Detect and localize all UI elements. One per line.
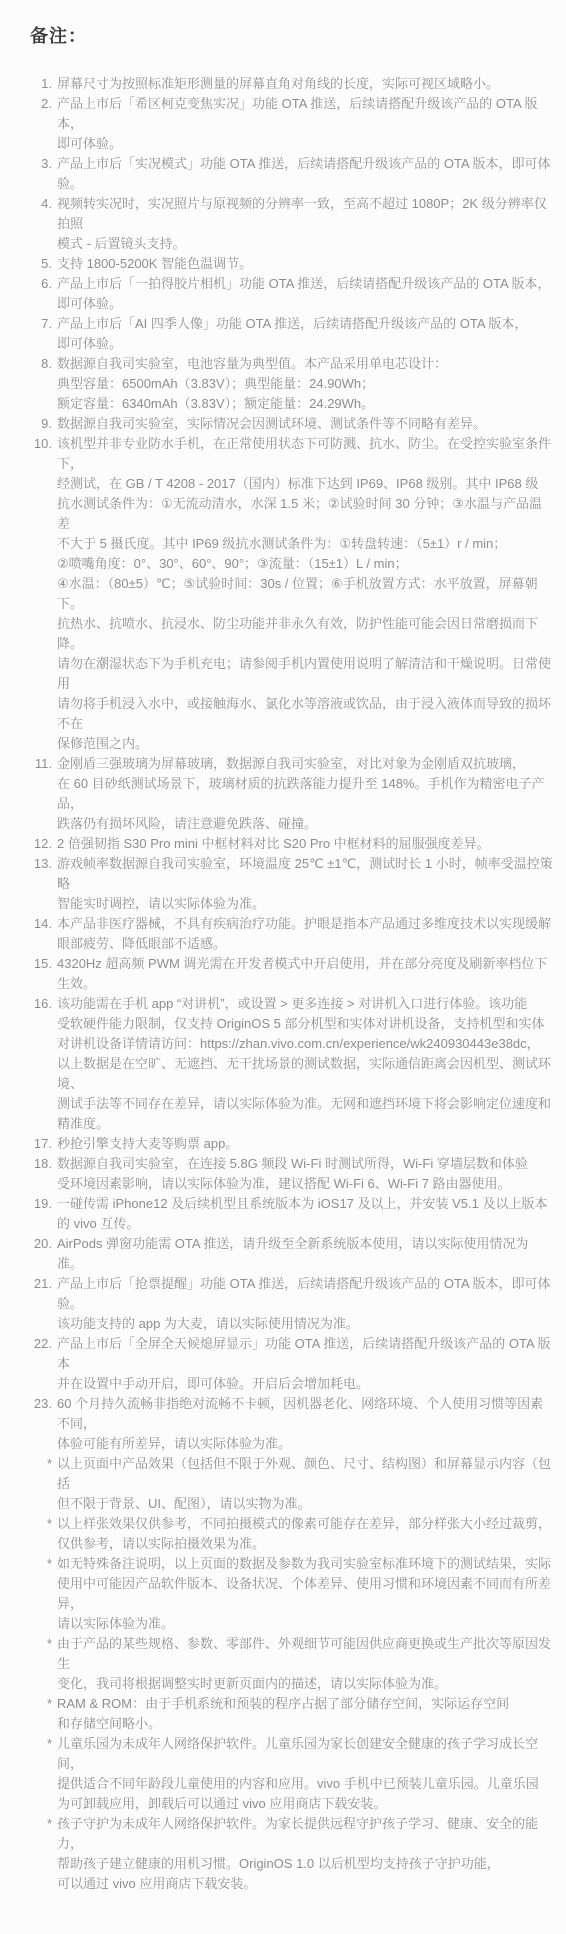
note-text: 数据源自我司实验室，在连接 5.8G 频段 Wi-Fi 时测试所得，Wi-Fi … [57, 1154, 554, 1194]
note-item: 16. 该功能需在手机 app “对讲机”，或设置 > 更多连接 > 对讲机入口… [30, 994, 554, 1134]
note-marker: 5. [30, 254, 57, 274]
note-marker: 7. [30, 314, 57, 334]
note-item: 7. 产品上市后「AI 四季人像」功能 OTA 推送，后续请搭配升级该产品的 O… [30, 314, 554, 354]
note-text: 视频转实况时，实况照片与原视频的分辨率一致，至高不超过 1080P；2K 级分辨… [57, 194, 554, 254]
note-item: 19. 一碰传需 iPhone12 及后续机型且系统版本为 iOS17 及以上，… [30, 1194, 554, 1234]
note-text: 产品上市后「AI 四季人像」功能 OTA 推送，后续请搭配升级该产品的 OTA … [57, 314, 554, 354]
note-item: 2. 产品上市后「希区柯克变焦实况」功能 OTA 推送，后续请搭配升级该产品的 … [30, 94, 554, 154]
note-marker: 10. [30, 434, 57, 454]
note-text: 该功能需在手机 app “对讲机”，或设置 > 更多连接 > 对讲机入口进行体验… [57, 994, 554, 1134]
note-item: * 孩子守护为未成年人网络保护软件。为家长提供远程守护孩子学习、健康、安全的能力… [30, 1814, 554, 1894]
note-text: 产品上市后「一拍得胶片相机」功能 OTA 推送，后续请搭配升级该产品的 OTA … [57, 274, 554, 314]
note-marker: 15. [30, 954, 57, 974]
note-text: 孩子守护为未成年人网络保护软件。为家长提供远程守护孩子学习、健康、安全的能力， … [57, 1814, 554, 1894]
note-marker: 14. [30, 914, 57, 934]
note-item: 22. 产品上市后「全屏全天候熄屏显示」功能 OTA 推送，后续请搭配升级该产品… [30, 1334, 554, 1394]
note-item: * 以上样张效果仅供参考，不同拍摄模式的像素可能存在差异，部分样张大小经过裁剪，… [30, 1514, 554, 1554]
note-text: 由于产品的某些规格、参数、零部件、外观细节可能因供应商更换或生产批次等原因发生 … [57, 1634, 554, 1694]
note-marker: * [30, 1454, 57, 1474]
note-text: 数据源自我司实验室，实际情况会因测试环境、测试条件等不同略有差异。 [57, 414, 554, 434]
note-text: 产品上市后「实况模式」功能 OTA 推送，后续请搭配升级该产品的 OTA 版本，… [57, 154, 554, 194]
note-marker: 18. [30, 1154, 57, 1174]
note-text: 该机型并非专业防水手机，在正常使用状态下可防溅、抗水、防尘。在受控实验室条件下，… [57, 434, 554, 754]
note-item: 8. 数据源自我司实验室，电池容量为典型值。本产品采用单电芯设计： 典型容量：6… [30, 354, 554, 414]
note-item: 18. 数据源自我司实验室，在连接 5.8G 频段 Wi-Fi 时测试所得，Wi… [30, 1154, 554, 1194]
note-text: 一碰传需 iPhone12 及后续机型且系统版本为 iOS17 及以上，并安装 … [57, 1194, 554, 1234]
note-item: * 由于产品的某些规格、参数、零部件、外观细节可能因供应商更换或生产批次等原因发… [30, 1634, 554, 1694]
note-text: 2 倍强韧指 S30 Pro mini 中框材料对比 S20 Pro 中框材料的… [57, 834, 554, 854]
note-marker: * [30, 1514, 57, 1534]
note-text: 4320Hz 超高频 PWM 调光需在开发者模式中开启使用，并在部分亮度及刷新率… [57, 954, 554, 994]
note-marker: 13. [30, 854, 57, 874]
note-item: 4. 视频转实况时，实况照片与原视频的分辨率一致，至高不超过 1080P；2K … [30, 194, 554, 254]
note-text: 屏幕尺寸为按照标准矩形测量的屏幕直角对角线的长度，实际可视区域略小。 [57, 74, 554, 94]
note-marker: 6. [30, 274, 57, 294]
note-marker: 20. [30, 1234, 57, 1254]
note-text: AirPods 弹窗功能需 OTA 推送，请升级至全新系统版本使用，请以实际使用… [57, 1234, 554, 1274]
note-item: 10. 该机型并非专业防水手机，在正常使用状态下可防溅、抗水、防尘。在受控实验室… [30, 434, 554, 754]
note-text: 支持 1800-5200K 智能色温调节。 [57, 254, 554, 274]
note-marker: 12. [30, 834, 57, 854]
note-item: 1. 屏幕尺寸为按照标准矩形测量的屏幕直角对角线的长度，实际可视区域略小。 [30, 74, 554, 94]
note-item: 20. AirPods 弹窗功能需 OTA 推送，请升级至全新系统版本使用，请以… [30, 1234, 554, 1274]
note-item: 17. 秒抢引擎支持大麦等购票 app。 [30, 1134, 554, 1154]
note-marker: 16. [30, 994, 57, 1014]
note-marker: * [30, 1634, 57, 1654]
note-text: 以上页面中产品效果（包括但不限于外观、颜色、尺寸、结构图）和屏幕显示内容（包括 … [57, 1454, 554, 1514]
note-marker: 8. [30, 354, 57, 374]
notes-list: 1. 屏幕尺寸为按照标准矩形测量的屏幕直角对角线的长度，实际可视区域略小。 2.… [30, 74, 554, 1894]
notes-section: 备注： 1. 屏幕尺寸为按照标准矩形测量的屏幕直角对角线的长度，实际可视区域略小… [0, 0, 566, 1934]
note-text: 本产品非医疗器械，不具有疾病治疗功能。护眼是指本产品通过多维度技术以实现缓解 眼… [57, 914, 554, 954]
note-item: 9. 数据源自我司实验室，实际情况会因测试环境、测试条件等不同略有差异。 [30, 414, 554, 434]
note-item: 6. 产品上市后「一拍得胶片相机」功能 OTA 推送，后续请搭配升级该产品的 O… [30, 274, 554, 314]
note-item: 14. 本产品非医疗器械，不具有疾病治疗功能。护眼是指本产品通过多维度技术以实现… [30, 914, 554, 954]
note-item: 15. 4320Hz 超高频 PWM 调光需在开发者模式中开启使用，并在部分亮度… [30, 954, 554, 994]
note-marker: 21. [30, 1274, 57, 1294]
note-marker: 23. [30, 1394, 57, 1414]
note-text: 产品上市后「希区柯克变焦实况」功能 OTA 推送，后续请搭配升级该产品的 OTA… [57, 94, 554, 154]
note-item: * 儿童乐园为未成年人网络保护软件。儿童乐园为家长创建安全健康的孩子学习成长空间… [30, 1734, 554, 1814]
note-marker: 17. [30, 1134, 57, 1154]
note-text: 如无特殊备注说明，以上页面的数据及参数为我司实验室标准环境下的测试结果，实际 使… [57, 1554, 554, 1634]
note-item: 11. 金刚盾三强玻璃为屏幕玻璃，数据源自我司实验室，对比对象为金刚盾双抗玻璃，… [30, 754, 554, 834]
note-item: 21. 产品上市后「抢票提醒」功能 OTA 推送，后续请搭配升级该产品的 OTA… [30, 1274, 554, 1334]
note-text: 秒抢引擎支持大麦等购票 app。 [57, 1134, 554, 1154]
note-marker: 1. [30, 74, 57, 94]
note-item: 23. 60 个月持久流畅非指绝对流畅不卡顿，因机器老化、网络环境、个人使用习惯… [30, 1394, 554, 1454]
note-item: * 以上页面中产品效果（包括但不限于外观、颜色、尺寸、结构图）和屏幕显示内容（包… [30, 1454, 554, 1514]
note-text: 儿童乐园为未成年人网络保护软件。儿童乐园为家长创建安全健康的孩子学习成长空间， … [57, 1734, 554, 1814]
note-text: 游戏帧率数据源自我司实验室，环境温度 25℃ ±1℃，测试时长 1 小时，帧率受… [57, 854, 554, 914]
note-marker: 4. [30, 194, 57, 214]
note-marker: 22. [30, 1334, 57, 1354]
note-text: 以上样张效果仅供参考，不同拍摄模式的像素可能存在差异，部分样张大小经过裁剪， 仅… [57, 1514, 554, 1554]
note-item: 3. 产品上市后「实况模式」功能 OTA 推送，后续请搭配升级该产品的 OTA … [30, 154, 554, 194]
note-text: 产品上市后「全屏全天候熄屏显示」功能 OTA 推送，后续请搭配升级该产品的 OT… [57, 1334, 554, 1394]
note-marker: 11. [30, 754, 57, 774]
note-marker: * [30, 1734, 57, 1754]
note-item: * RAM & ROM：由于手机系统和预装的程序占据了部分储存空间，实际运存空间… [30, 1694, 554, 1734]
note-item: 13. 游戏帧率数据源自我司实验室，环境温度 25℃ ±1℃，测试时长 1 小时… [30, 854, 554, 914]
note-text: 60 个月持久流畅非指绝对流畅不卡顿，因机器老化、网络环境、个人使用习惯等因素不… [57, 1394, 554, 1454]
note-marker: 9. [30, 414, 57, 434]
note-marker: * [30, 1694, 57, 1714]
note-marker: 2. [30, 94, 57, 114]
note-text: 数据源自我司实验室，电池容量为典型值。本产品采用单电芯设计： 典型容量：6500… [57, 354, 554, 414]
notes-heading: 备注： [30, 22, 554, 48]
note-marker: * [30, 1554, 57, 1574]
note-item: * 如无特殊备注说明，以上页面的数据及参数为我司实验室标准环境下的测试结果，实际… [30, 1554, 554, 1634]
note-text: 金刚盾三强玻璃为屏幕玻璃，数据源自我司实验室，对比对象为金刚盾双抗玻璃， 在 6… [57, 754, 554, 834]
note-text: RAM & ROM：由于手机系统和预装的程序占据了部分储存空间，实际运存空间 和… [57, 1694, 554, 1734]
note-item: 12. 2 倍强韧指 S30 Pro mini 中框材料对比 S20 Pro 中… [30, 834, 554, 854]
note-marker: 19. [30, 1194, 57, 1214]
note-item: 5. 支持 1800-5200K 智能色温调节。 [30, 254, 554, 274]
note-marker: * [30, 1814, 57, 1834]
note-marker: 3. [30, 154, 57, 174]
note-text: 产品上市后「抢票提醒」功能 OTA 推送，后续请搭配升级该产品的 OTA 版本，… [57, 1274, 554, 1334]
